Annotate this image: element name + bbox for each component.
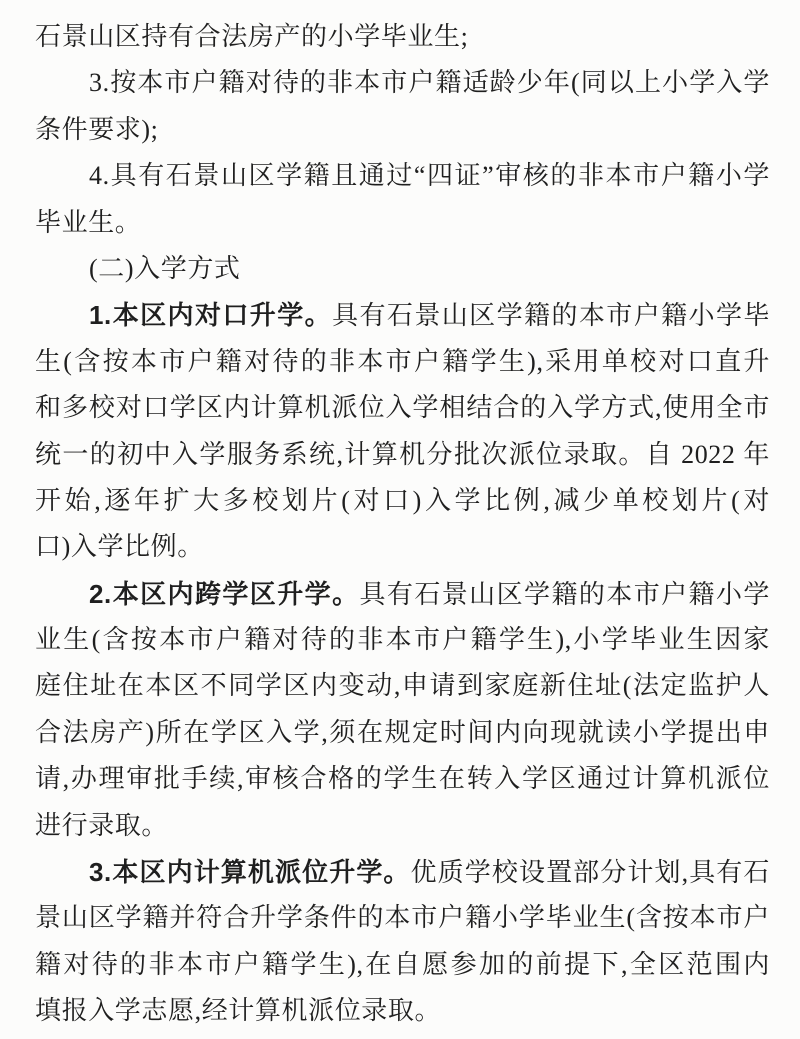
text-line-10: 统一的初中入学服务系统,计算机分批次派位录取。自 2022 年 [35,432,770,478]
text-segment: 生(含按本市户籍对待的非本市户籍学生),采用单校对口直升 [35,347,770,376]
text-line-8: 生(含按本市户籍对待的非本市户籍学生),采用单校对口直升 [35,339,770,385]
text-line-7: 1.本区内对口升学。具有石景山区学籍的本市户籍小学毕业 [35,292,770,338]
text-line-3: 条件要求); [35,107,770,153]
text-line-5: 毕业生。 [35,200,770,246]
text-segment: 开始,逐年扩大多校划片(对口)入学比例,减少单校划片(对 [35,486,770,515]
document-body: 石景山区持有合法房产的小学毕业生;3.按本市户籍对待的非本市户籍适龄少年(同以上… [35,14,770,1035]
text-segment: 填报入学志愿,经计算机派位录取。 [35,996,441,1025]
text-segment: 业生(含按本市户籍对待的非本市户籍学生),小学毕业生因家 [35,625,770,654]
text-line-2: 3.按本市户籍对待的非本市户籍适龄少年(同以上小学入学 [35,60,770,106]
text-line-21: 籍对待的非本市户籍学生),在自愿参加的前提下,全区范围内 [35,942,770,988]
text-segment: 口)入学比例。 [35,532,204,561]
text-segment: 优质学校设置部分计划,具有石 [411,858,770,887]
text-segment: 4.具有石景山区学籍且通过“四证”审核的非本市户籍小学 [89,161,770,190]
text-segment: 毕业生。 [35,208,141,237]
text-line-18: 进行录取。 [35,803,770,849]
text-line-17: 请,办理审批手续,审核合格的学生在转入学区通过计算机派位 [35,756,770,802]
text-segment: 条件要求); [35,115,158,144]
text-line-19: 3.本区内计算机派位升学。优质学校设置部分计划,具有石 [35,849,770,895]
text-segment: 景山区学籍并符合升学条件的本市户籍小学毕业生(含按本市户 [35,903,770,932]
text-segment: 石景山区持有合法房产的小学毕业生; [35,22,468,51]
text-line-20: 景山区学籍并符合升学条件的本市户籍小学毕业生(含按本市户 [35,895,770,941]
text-line-6: (二)入学方式 [35,246,770,292]
text-segment: (二)入学方式 [89,254,241,283]
text-line-1: 石景山区持有合法房产的小学毕业生; [35,14,770,60]
text-line-15: 庭住址在本区不同学区内变动,申请到家庭新住址(法定监护人 [35,663,770,709]
text-segment: 请,办理审批手续,审核合格的学生在转入学区通过计算机派位 [35,764,770,793]
text-line-22: 填报入学志愿,经计算机派位录取。 [35,988,770,1034]
text-line-14: 业生(含按本市户籍对待的非本市户籍学生),小学毕业生因家 [35,617,770,663]
text-line-13: 2.本区内跨学区升学。具有石景山区学籍的本市户籍小学毕 [35,571,770,617]
text-line-4: 4.具有石景山区学籍且通过“四证”审核的非本市户籍小学 [35,153,770,199]
text-segment: 和多校对口学区内计算机派位入学相结合的入学方式,使用全市 [35,393,770,422]
text-segment: 3.按本市户籍对待的非本市户籍适龄少年(同以上小学入学 [89,68,770,97]
text-line-9: 和多校对口学区内计算机派位入学相结合的入学方式,使用全市 [35,385,770,431]
document-page: 石景山区持有合法房产的小学毕业生;3.按本市户籍对待的非本市户籍适龄少年(同以上… [0,0,800,1039]
text-line-12: 口)入学比例。 [35,524,770,570]
paragraph-heading-segment: 3.本区内计算机派位升学。 [89,857,411,887]
paragraph-heading-segment: 1.本区内对口升学。 [89,300,332,330]
paragraph-heading-segment: 2.本区内跨学区升学。 [89,579,360,609]
text-line-11: 开始,逐年扩大多校划片(对口)入学比例,减少单校划片(对 [35,478,770,524]
text-segment: 合法房产)所在学区入学,须在规定时间内向现就读小学提出申 [35,718,770,747]
text-segment: 进行录取。 [35,811,168,840]
text-line-16: 合法房产)所在学区入学,须在规定时间内向现就读小学提出申 [35,710,770,756]
text-segment: 庭住址在本区不同学区内变动,申请到家庭新住址(法定监护人 [35,671,770,700]
text-segment: 统一的初中入学服务系统,计算机分批次派位录取。自 2022 年 [35,440,770,469]
text-segment: 籍对待的非本市户籍学生),在自愿参加的前提下,全区范围内 [35,950,770,979]
